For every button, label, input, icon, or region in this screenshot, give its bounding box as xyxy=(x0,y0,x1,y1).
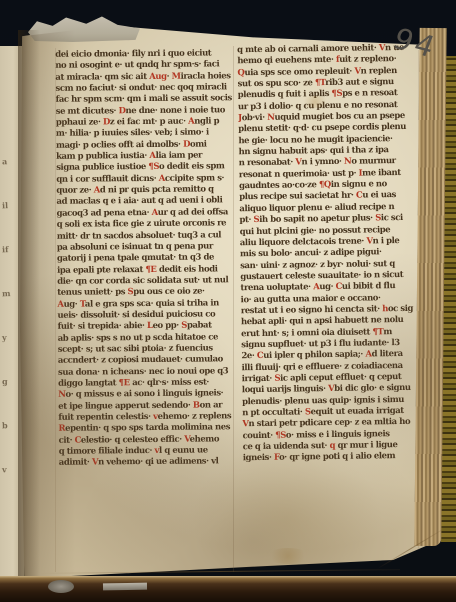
rubricated-text: A xyxy=(313,282,319,292)
rubricated-text: V xyxy=(379,43,385,53)
facing-page-text-fragment: y xyxy=(2,332,22,343)
rubricated-text: J xyxy=(238,113,242,123)
manuscript-line: sua dona· n icheans· nec io noui ope q3 xyxy=(58,366,236,379)
rubricated-text: R xyxy=(58,424,65,434)
torn-corner-patch xyxy=(28,16,140,42)
rubricated-text: ¶S xyxy=(148,162,159,172)
rubricated-text: D xyxy=(103,117,110,127)
rubricated-text: C xyxy=(75,435,81,445)
rubricated-text: B xyxy=(193,400,200,410)
fore-edge-pages xyxy=(414,28,446,546)
rubricated-text: ¶Q xyxy=(319,180,331,190)
rubricated-text: I xyxy=(359,168,363,178)
rubricated-text: A xyxy=(365,350,371,360)
rubricated-text: ¶T xyxy=(315,78,325,88)
text-column-right: q mte ab oi carnali amore uehit· Vn uehe… xyxy=(237,43,420,465)
rubricated-text: C xyxy=(257,351,263,361)
rubricated-text: A xyxy=(94,186,100,196)
rubricated-text: A xyxy=(159,174,165,184)
rubricated-text: V xyxy=(354,66,360,76)
rubricated-text: C xyxy=(356,191,362,201)
rubricated-text: V xyxy=(184,434,189,444)
rubricated-text: f xyxy=(336,55,339,65)
rubricated-text: S xyxy=(127,287,133,297)
rubricated-text: ¶S xyxy=(331,89,342,99)
facing-page-text-fragment: v xyxy=(2,464,22,475)
rubricated-text: N xyxy=(267,113,274,123)
bottom-edge-fragment xyxy=(103,583,147,591)
clasp-fragment xyxy=(48,580,74,593)
rubricated-text: V xyxy=(328,384,334,394)
rubricated-text: C xyxy=(336,282,342,292)
rubricated-text: D xyxy=(183,139,190,149)
manuscript-line: die· qn cor corda sic solidata sut· ut n… xyxy=(57,275,235,288)
rubricated-text: S xyxy=(375,213,381,223)
rubricated-text: S xyxy=(305,407,311,417)
rubricated-text: h xyxy=(382,304,388,314)
facing-page-text-fragment: g xyxy=(2,376,22,387)
facing-page-text-fragment: il xyxy=(2,200,22,211)
rubricated-text: Q xyxy=(237,68,244,78)
manuscript-photo: ailifmygbv dei eicio dmonia· fily nri i … xyxy=(0,0,456,602)
rubricated-text: V xyxy=(295,158,301,168)
rubricated-text: S xyxy=(274,374,280,384)
facing-page-text-fragment: if xyxy=(2,244,22,255)
rubricated-text: N xyxy=(58,390,65,400)
rubricated-text: V xyxy=(92,458,98,468)
facing-page-text-fragment: b xyxy=(2,420,22,431)
rubricated-text: T xyxy=(80,299,85,309)
manuscript-line: adimit· Vn vehemo· qi ue adimens· vl xyxy=(59,457,237,470)
manuscript-line: cit· Celestio· q celesteo effic· Vehemo xyxy=(59,434,237,447)
rubricated-text: ¶E xyxy=(145,264,156,274)
rubricated-text: L xyxy=(147,321,153,331)
rubricated-text: A xyxy=(152,208,158,218)
rubricated-text: A xyxy=(149,151,155,161)
rubricated-text: S xyxy=(181,321,187,331)
rubricated-text: Aug xyxy=(149,72,166,82)
rubricated-text: M xyxy=(172,71,181,81)
rubricated-text: V xyxy=(366,236,372,246)
rubricated-text: A xyxy=(188,117,194,127)
rubricated-text: V xyxy=(242,419,248,429)
manuscript-line: q soli ex ista fice gie z uirute orconis… xyxy=(57,218,235,231)
rubricated-text: q xyxy=(329,441,335,451)
rubricated-text: v xyxy=(154,446,159,456)
rubricated-text: ¶E xyxy=(119,378,130,388)
rubricated-text: v xyxy=(153,412,158,422)
facing-page-text-fragment: a xyxy=(2,156,22,167)
manuscript-line: gatorij i pena tpale qmutat· tn q3 de xyxy=(57,252,235,265)
manuscript-line: fuit· si trepida· abie· Leo pp· Spabat xyxy=(58,320,236,333)
rubricated-text: ¶T xyxy=(372,327,383,337)
rubricated-text: S xyxy=(253,215,259,225)
manuscript-line: m· hilia· p iuuies siles· veb; i simo· i xyxy=(56,128,234,141)
rubricated-text: D xyxy=(119,106,126,116)
rubricated-text: N xyxy=(344,157,351,167)
text-column-left: dei eicio dmonia· fily nri i quo eiciutn… xyxy=(55,48,237,469)
rubricated-text: F xyxy=(274,453,279,463)
rubricated-text: A xyxy=(57,299,63,309)
rubricated-text: ¶S xyxy=(275,430,286,440)
facing-page-text-fragment: m xyxy=(2,288,22,299)
